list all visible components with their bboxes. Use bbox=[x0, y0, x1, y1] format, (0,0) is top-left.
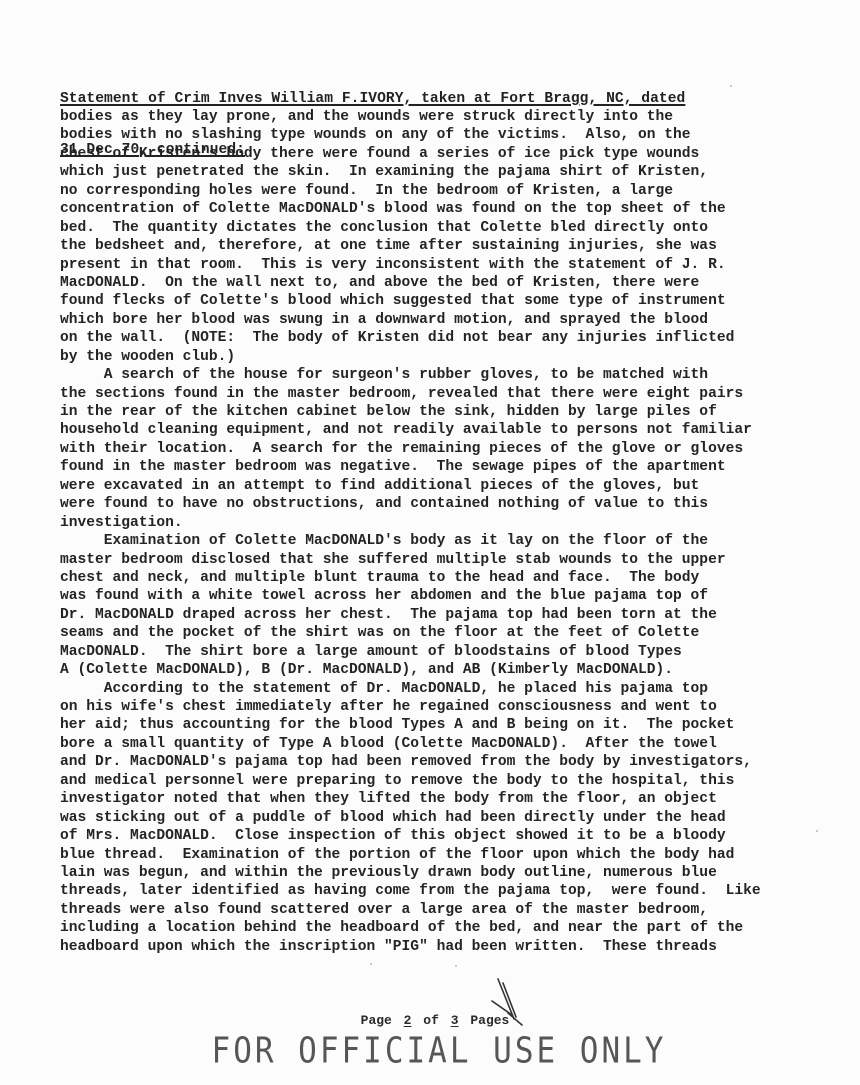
body-line: were excavated in an attempt to find add… bbox=[60, 477, 850, 495]
scan-speck bbox=[455, 965, 457, 967]
body-line: household cleaning equipment, and not re… bbox=[60, 421, 850, 439]
body-line: investigation. bbox=[60, 514, 850, 532]
body-line: threads, later identified as having come… bbox=[60, 882, 850, 900]
page-prefix: Page bbox=[361, 1013, 392, 1028]
body-line: chest of Kristen's body there were found… bbox=[60, 145, 850, 163]
document-page: Statement of Crim Inves William F.IVORY,… bbox=[0, 0, 860, 1085]
body-line: threads were also found scattered over a… bbox=[60, 901, 850, 919]
body-line: According to the statement of Dr. MacDON… bbox=[60, 680, 850, 698]
page-of: of bbox=[423, 1013, 439, 1028]
body-line: present in that room. This is very incon… bbox=[60, 256, 850, 274]
body-line: on his wife's chest immediately after he… bbox=[60, 698, 850, 716]
scan-speck bbox=[370, 963, 372, 965]
body-line: bodies with no slashing type wounds on a… bbox=[60, 126, 850, 144]
body-line: with their location. A search for the re… bbox=[60, 440, 850, 458]
body-line: on the wall. (NOTE: The body of Kristen … bbox=[60, 329, 850, 347]
handwritten-initials-icon bbox=[488, 975, 528, 1031]
scan-speck bbox=[730, 85, 732, 87]
body-line: lain was begun, and within the previousl… bbox=[60, 864, 850, 882]
body-line: seams and the pocket of the shirt was on… bbox=[60, 624, 850, 642]
body-line: was found with a white towel across her … bbox=[60, 587, 850, 605]
official-use-stamp: FOR OFFICIAL USE ONLY bbox=[0, 1030, 860, 1071]
body-line: bore a small quantity of Type A blood (C… bbox=[60, 735, 850, 753]
body-line: A search of the house for surgeon's rubb… bbox=[60, 366, 850, 384]
body-line: concentration of Colette MacDONALD's blo… bbox=[60, 200, 850, 218]
body-line: in the rear of the kitchen cabinet below… bbox=[60, 403, 850, 421]
body-line: and medical personnel were preparing to … bbox=[60, 772, 850, 790]
body-line: investigator noted that when they lifted… bbox=[60, 790, 850, 808]
body-line: chest and neck, and multiple blunt traum… bbox=[60, 569, 850, 587]
page-total: 3 bbox=[447, 1013, 463, 1028]
body-line: bed. The quantity dictates the conclusio… bbox=[60, 219, 850, 237]
body-line: MacDONALD. On the wall next to, and abov… bbox=[60, 274, 850, 292]
body-line: including a location behind the headboar… bbox=[60, 919, 850, 937]
body-line: which bore her blood was swung in a down… bbox=[60, 311, 850, 329]
body-line: master bedroom disclosed that she suffer… bbox=[60, 551, 850, 569]
body-line: bodies as they lay prone, and the wounds… bbox=[60, 108, 850, 126]
body-line: A (Colette MacDONALD), B (Dr. MacDONALD)… bbox=[60, 661, 850, 679]
scan-speck bbox=[816, 830, 818, 832]
statement-body: bodies as they lay prone, and the wounds… bbox=[60, 108, 850, 956]
body-line: found flecks of Colette's blood which su… bbox=[60, 292, 850, 310]
page-number: Page 2 of 3 Pages bbox=[0, 1013, 860, 1028]
header-line-1: Statement of Crim Inves William F.IVORY,… bbox=[60, 91, 740, 108]
body-line: her aid; thus accounting for the blood T… bbox=[60, 716, 850, 734]
body-line: blue thread. Examination of the portion … bbox=[60, 846, 850, 864]
body-line: the bedsheet and, therefore, at one time… bbox=[60, 237, 850, 255]
body-line: Dr. MacDONALD draped across her chest. T… bbox=[60, 606, 850, 624]
body-line: Examination of Colette MacDONALD's body … bbox=[60, 532, 850, 550]
body-line: of Mrs. MacDONALD. Close inspection of t… bbox=[60, 827, 850, 845]
page-current: 2 bbox=[400, 1013, 416, 1028]
body-line: by the wooden club.) bbox=[60, 348, 850, 366]
body-line: and Dr. MacDONALD's pajama top had been … bbox=[60, 753, 850, 771]
body-line: was sticking out of a puddle of blood wh… bbox=[60, 809, 850, 827]
body-line: MacDONALD. The shirt bore a large amount… bbox=[60, 643, 850, 661]
body-line: headboard upon which the inscription "PI… bbox=[60, 938, 850, 956]
body-line: found in the master bedroom was negative… bbox=[60, 458, 850, 476]
body-line: which just penetrated the skin. In exami… bbox=[60, 163, 850, 181]
body-line: were found to have no obstructions, and … bbox=[60, 495, 850, 513]
body-line: the sections found in the master bedroom… bbox=[60, 385, 850, 403]
body-line: no corresponding holes were found. In th… bbox=[60, 182, 850, 200]
